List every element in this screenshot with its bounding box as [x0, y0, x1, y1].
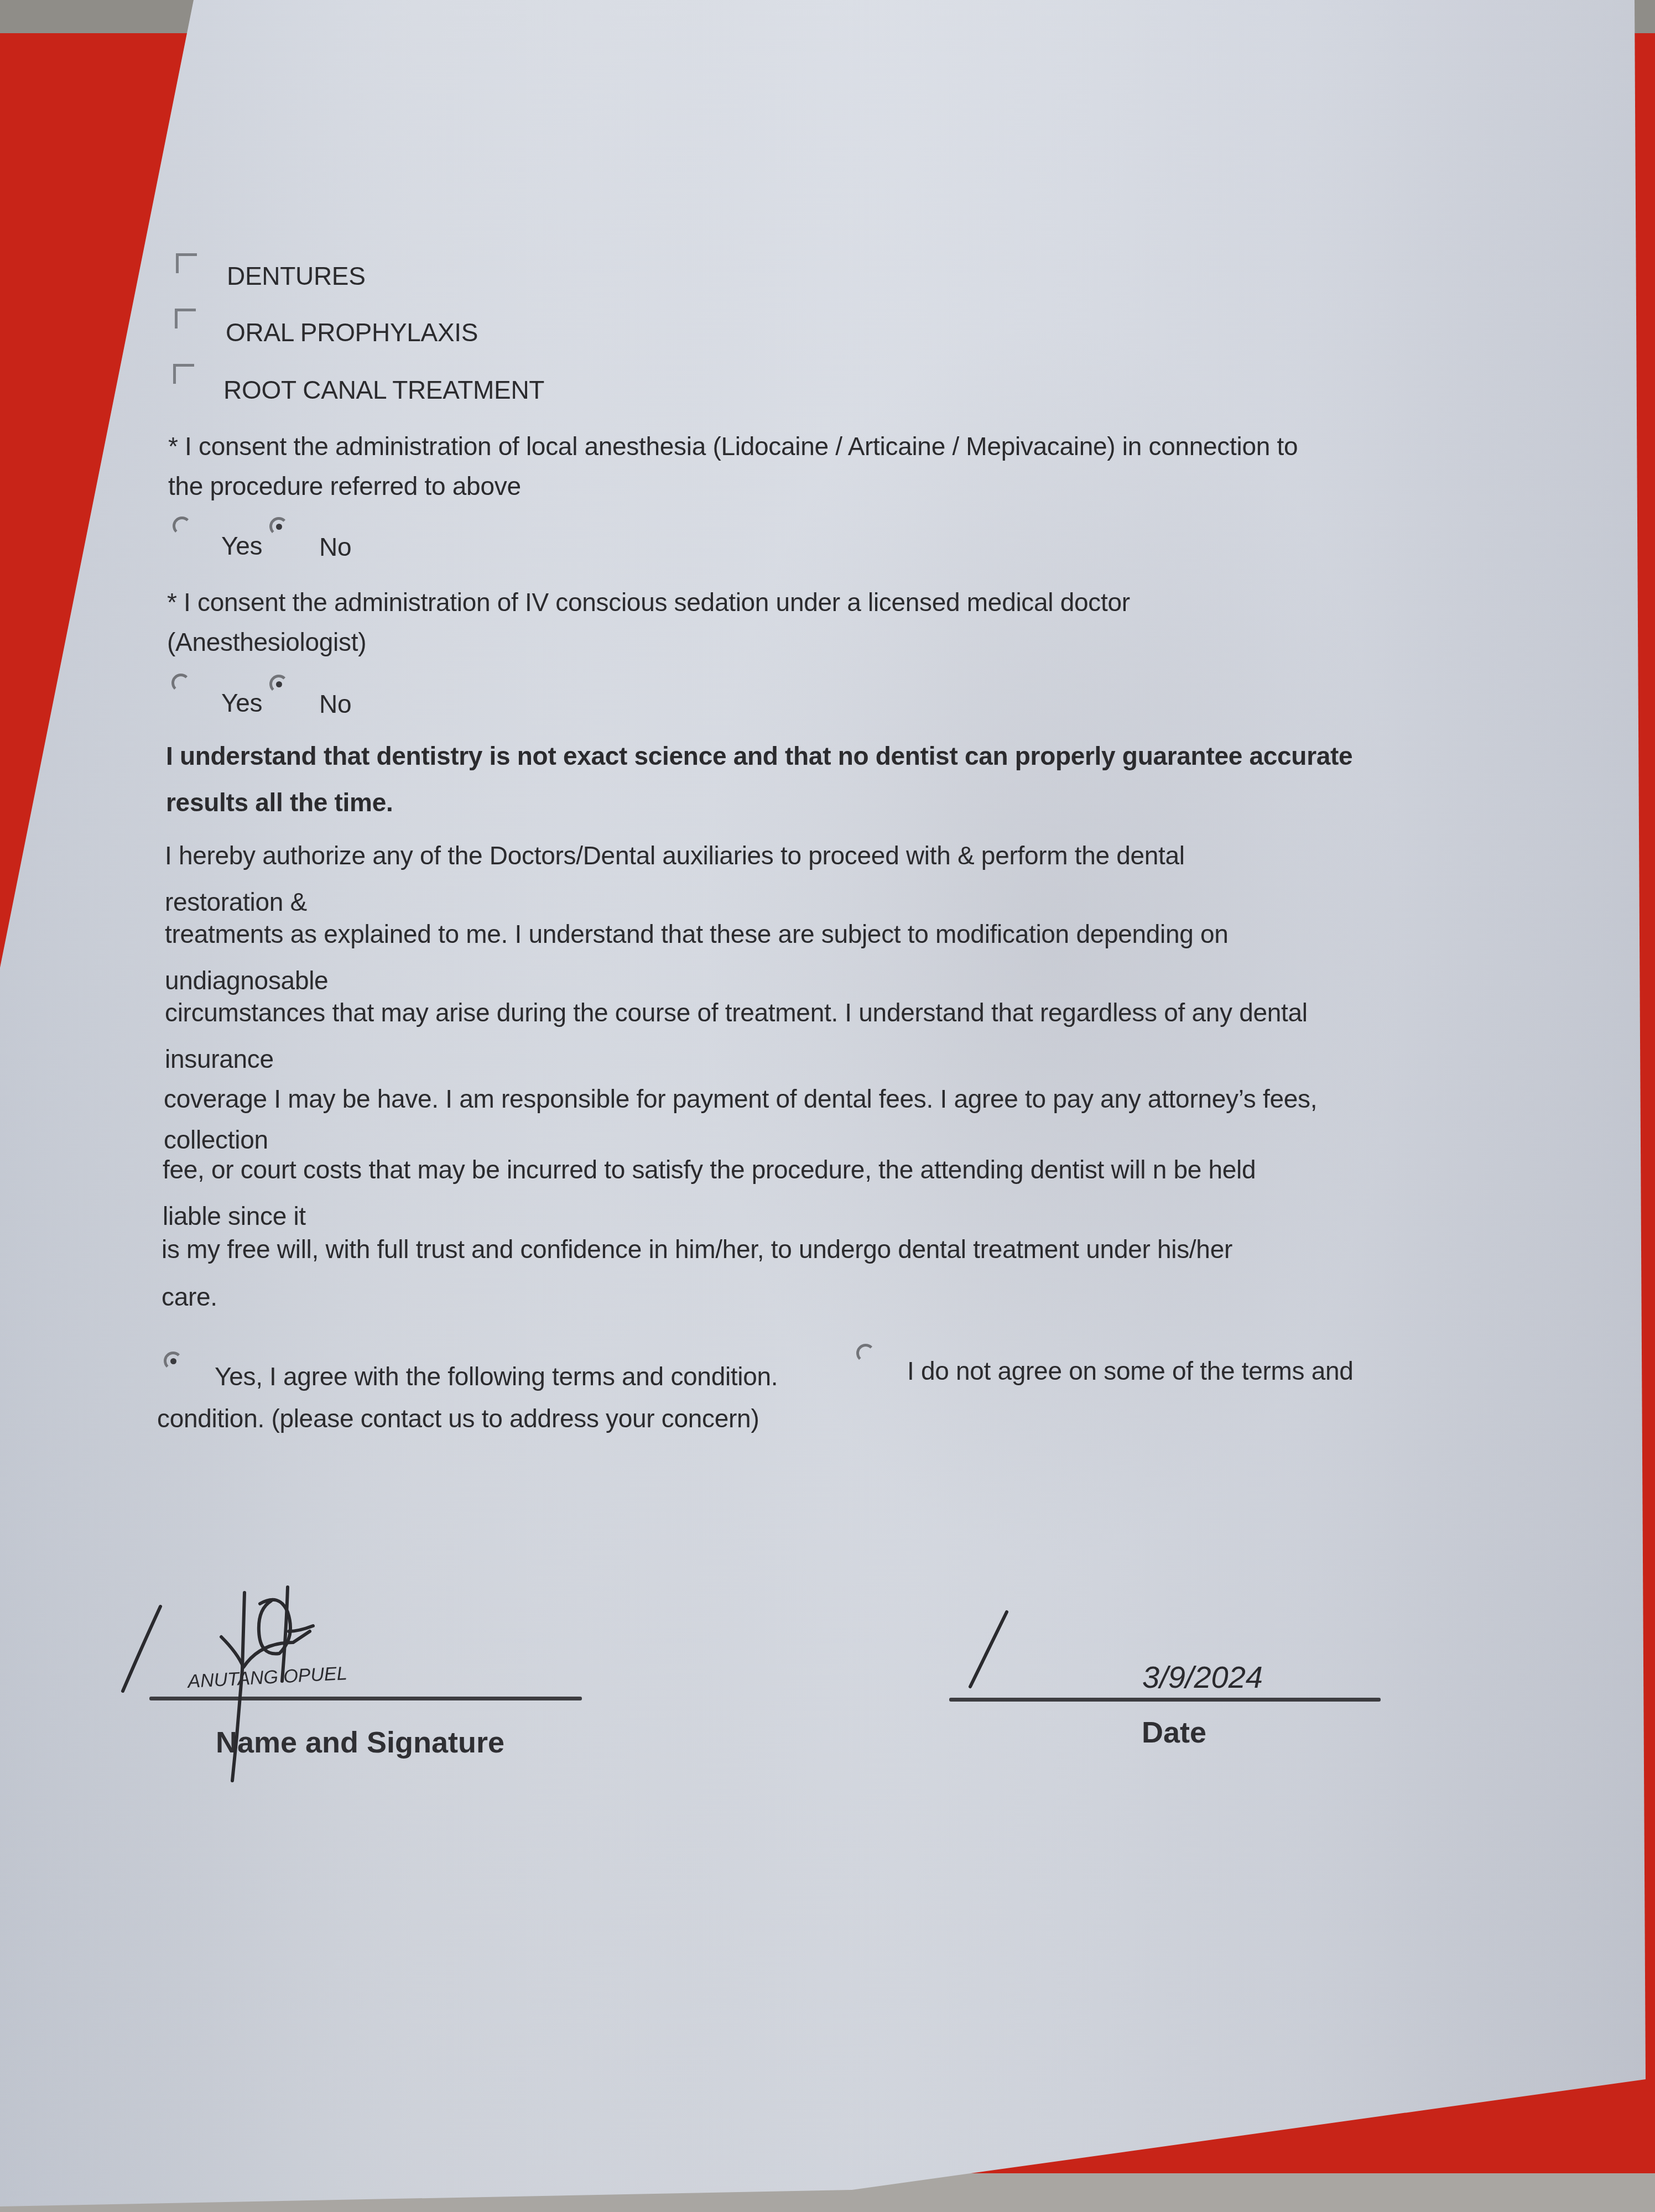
sedation-question-text-line1: * I consent the administration of IV con… [167, 587, 1130, 618]
disagree-label-line1: I do not agree on some of the terms and [907, 1356, 1354, 1386]
disclaimer-line1: I understand that dentistry is not exact… [166, 741, 1352, 771]
sedation-yes-radio[interactable] [171, 674, 190, 692]
consent-form: DENTURES ORAL PROPHYLAXIS ROOT CANAL TRE… [0, 0, 1655, 2212]
authorization-line: I hereby authorize any of the Doctors/De… [165, 841, 1185, 871]
sedation-question-text-line2: (Anesthesiologist) [167, 627, 366, 658]
sedation-yes-label: Yes [221, 688, 262, 718]
authorization-line: fee, or court costs that may be incurred… [163, 1155, 1256, 1185]
anesthesia-no-radio[interactable] [269, 517, 288, 536]
checkbox-root-canal[interactable] [173, 364, 194, 384]
handwritten-date-mark: 3/9/2024 [929, 1593, 1399, 1775]
anesthesia-yes-radio[interactable] [173, 517, 191, 535]
anesthesia-no-label: No [319, 532, 351, 562]
handwritten-name: ANUTANG OPUEL [186, 1663, 347, 1692]
handwritten-signature: ANUTANG OPUEL [111, 1559, 608, 1792]
authorization-line: liable since it [163, 1201, 306, 1232]
procedure-label-dentures: DENTURES [227, 261, 366, 291]
procedure-label-oral-prophylaxis: ORAL PROPHYLAXIS [226, 317, 478, 348]
authorization-line: insurance [165, 1044, 274, 1074]
anesthesia-question-text-line2: the procedure referred to above [168, 471, 521, 502]
authorization-line: circumstances that may arise during the … [165, 998, 1308, 1028]
anesthesia-question-text-line1: * I consent the administration of local … [168, 431, 1298, 462]
handwritten-date: 3/9/2024 [1142, 1660, 1263, 1694]
authorization-line: collection [164, 1125, 268, 1155]
disagree-radio[interactable] [856, 1344, 875, 1363]
procedure-label-root-canal: ROOT CANAL TREATMENT [223, 375, 544, 405]
authorization-line: treatments as explained to me. I underst… [165, 919, 1229, 950]
sedation-no-radio[interactable] [269, 675, 288, 693]
checkbox-oral-prophylaxis[interactable] [175, 309, 196, 328]
authorization-line: undiagnosable [165, 966, 328, 996]
agree-label: Yes, I agree with the following terms an… [215, 1361, 778, 1392]
authorization-line: care. [162, 1282, 217, 1312]
sedation-no-label: No [319, 689, 351, 719]
disagree-label-line2: condition. (please contact us to address… [157, 1404, 759, 1434]
agree-radio[interactable] [164, 1352, 183, 1370]
anesthesia-yes-label: Yes [221, 531, 262, 561]
authorization-line: is my free will, with full trust and con… [162, 1234, 1232, 1265]
disclaimer-line2: results all the time. [166, 787, 393, 818]
checkbox-dentures[interactable] [176, 253, 197, 273]
authorization-line: restoration & [165, 887, 307, 917]
authorization-line: coverage I may be have. I am responsible… [164, 1084, 1317, 1114]
